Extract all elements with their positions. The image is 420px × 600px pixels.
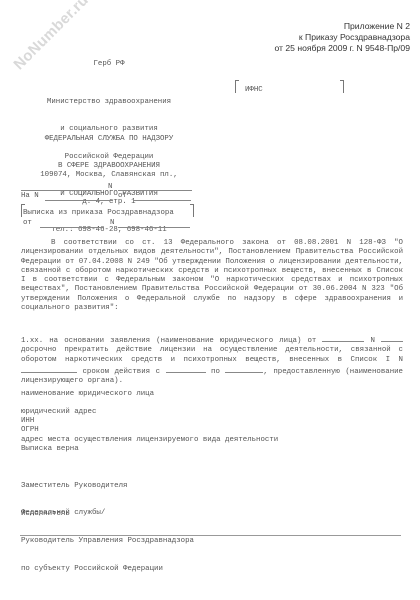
item-1-text: 1.хх. на основании заявления (наименован…	[21, 334, 403, 386]
recipient-bracket-right	[340, 80, 344, 93]
on-number-label: На N	[21, 192, 39, 201]
license-number-field[interactable]	[21, 365, 77, 373]
legal-address: юридический адрес	[21, 408, 96, 417]
address-line: 109074, Москва, Славянская пл.,	[20, 171, 198, 180]
preamble-text: В соответствии со ст. 13 Федерального за…	[21, 239, 403, 313]
signatory-block: Заместитель Руководителя Федеральной слу…	[21, 463, 194, 584]
service-line: ФЕДЕРАЛЬНАЯ СЛУЖБА ПО НАДЗОРУ	[20, 135, 198, 144]
outgoing-number-field[interactable]	[118, 190, 192, 191]
item-1: 1.хх. на основании заявления (наименован…	[21, 334, 403, 386]
item-1-part: по	[211, 368, 220, 376]
footer-divider	[20, 535, 401, 536]
preamble: В соответствии со ст. 13 Федерального за…	[21, 239, 403, 313]
outgoing-date-field[interactable]	[21, 190, 101, 191]
item-1-part: досрочно прекратить действие лицензии на…	[21, 346, 403, 363]
appendix-number: Приложение N 2	[274, 21, 410, 32]
application-date-field[interactable]	[322, 334, 364, 342]
from-date-field[interactable]	[133, 200, 191, 201]
valid-from-field[interactable]	[166, 365, 206, 373]
activity-address: адрес места осуществления лицензируемого…	[21, 436, 278, 445]
signatory-line: Руководитель Управления Росздравнадзора	[21, 537, 194, 546]
appendix-date: от 25 ноября 2009 г. N 9548-Пр/09	[274, 43, 410, 54]
recipient-bracket-left	[235, 80, 239, 93]
emblem: Герб РФ	[20, 60, 198, 69]
signatory-line: Заместитель Руководителя	[21, 482, 194, 491]
application-number-field[interactable]	[381, 334, 403, 342]
on-number-field[interactable]	[45, 200, 113, 201]
appendix-block: Приложение N 2 к Приказу Росздравнадзора…	[274, 21, 410, 55]
item-1-part: 1.хх. на основании заявления (наименован…	[21, 337, 316, 345]
inn: ИНН	[21, 417, 34, 426]
extract-correct: Выписка верна	[21, 445, 79, 454]
item-1-part: сроком действия с	[83, 368, 161, 376]
from-label: от	[118, 192, 127, 201]
appendix-order: к Приказу Росздравнадзора	[274, 32, 410, 43]
ogrn: ОГРН	[21, 426, 39, 435]
extract-title: Выписка из приказа Росздравнадзора	[23, 209, 174, 218]
entity-name: наименование юридического лица	[21, 390, 154, 399]
extract-number-field[interactable]	[118, 227, 190, 228]
signatory-line: по субъекту Российской Федерации	[21, 565, 194, 574]
number-label: N	[108, 183, 112, 192]
valid-to-field[interactable]	[225, 365, 263, 373]
extract-number-label: N	[110, 219, 114, 228]
extract-from-label: от	[23, 219, 32, 228]
extract-date-field[interactable]	[40, 227, 104, 228]
recipient-field[interactable]: ИФНС	[245, 86, 263, 95]
extract-bracket-right	[190, 204, 194, 217]
address-block: 109074, Москва, Славянская пл., д. 4, ст…	[20, 152, 198, 245]
executor: Исполнитель	[21, 510, 70, 519]
item-1-number-label: N	[370, 337, 374, 345]
ministry-line: Министерство здравоохранения	[20, 98, 198, 107]
